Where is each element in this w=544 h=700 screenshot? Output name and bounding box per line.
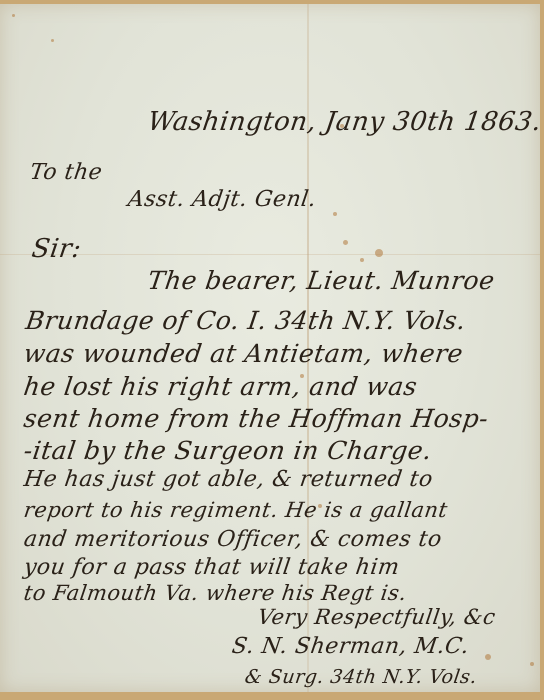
body-line: report to his regiment. He is a gallant	[22, 498, 449, 522]
signature-title: & Surg. 34th N.Y. Vols.	[243, 666, 478, 688]
signature: S. N. Sherman, M.C.	[230, 634, 471, 659]
body-line: he lost his right arm, and was	[22, 372, 419, 401]
body-line: The bearer, Lieut. Munroe	[146, 266, 497, 295]
frame: Washington, Jany 30th 1863. To the Asst.…	[0, 0, 544, 700]
foxing-stain	[343, 240, 348, 245]
foxing-stain	[375, 249, 383, 257]
body-line: sent home from the Hoffman Hosp-	[22, 404, 490, 433]
paper-fold-horizontal	[0, 254, 540, 255]
body-line: you for a pass that will take him	[22, 555, 401, 580]
body-line: Brundage of Co. I. 34th N.Y. Vols.	[24, 306, 468, 335]
body-line: to Falmouth Va. where his Regt is.	[22, 581, 408, 605]
body-line: was wounded at Antietam, where	[22, 339, 465, 368]
foxing-stain	[530, 662, 534, 666]
foxing-stain	[485, 654, 491, 660]
foxing-stain	[360, 258, 364, 262]
salutation-to: To the	[28, 160, 104, 185]
letter-paper: Washington, Jany 30th 1863. To the Asst.…	[0, 4, 540, 692]
salutation: Sir:	[30, 234, 84, 264]
dateline: Washington, Jany 30th 1863.	[146, 107, 543, 137]
closing: Very Respectfully, &c	[256, 605, 497, 629]
foxing-stain	[333, 212, 337, 216]
body-line: and meritorious Officer, & comes to	[22, 527, 443, 552]
body-line: -ital by the Surgeon in Charge.	[22, 436, 434, 465]
foxing-stain	[51, 39, 54, 42]
body-line: He has just got able, & returned to	[22, 467, 434, 492]
addressee: Asst. Adjt. Genl.	[126, 187, 318, 212]
foxing-stain	[12, 14, 15, 17]
